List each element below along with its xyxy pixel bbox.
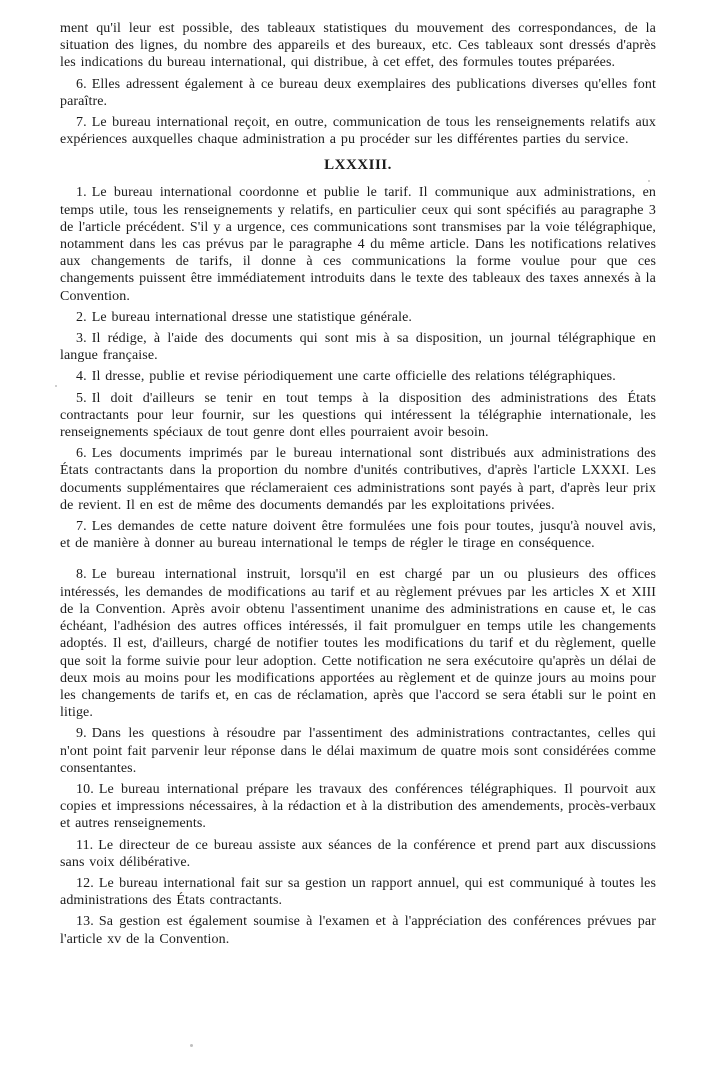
paragraph-text: Le bureau international reçoit, en outre… bbox=[60, 115, 656, 147]
article-3: 3.Il rédige, à l'aide des documents qui … bbox=[60, 330, 656, 364]
paragraph-text: Il doit d'ailleurs se tenir en tout temp… bbox=[60, 391, 656, 440]
paragraph-continuation: ment qu'il leur est possible, des tablea… bbox=[60, 20, 656, 72]
article-9: 9.Dans les questions à résoudre par l'as… bbox=[60, 725, 656, 777]
paragraph-text: Le directeur de ce bureau assiste aux sé… bbox=[60, 838, 656, 870]
article-2: 2.Le bureau international dresse une sta… bbox=[60, 309, 656, 326]
article-5: 5.Il doit d'ailleurs se tenir en tout te… bbox=[60, 390, 656, 442]
paragraph-number: 9. bbox=[76, 726, 87, 741]
paragraph-text: Sa gestion est également soumise à l'exa… bbox=[60, 914, 656, 946]
scan-speckle bbox=[55, 385, 57, 387]
paragraph-text: Il rédige, à l'aide des documents qui so… bbox=[60, 331, 656, 363]
paragraph-number: 6. bbox=[76, 446, 87, 461]
paragraph-text: Elles adressent également à ce bureau de… bbox=[60, 77, 656, 109]
paragraph-number: 12. bbox=[76, 876, 94, 891]
paragraph-text: Le bureau international instruit, lorsqu… bbox=[60, 567, 656, 720]
paragraph-number: 4. bbox=[76, 369, 87, 384]
paragraph-7-pre: 7.Le bureau international reçoit, en out… bbox=[60, 114, 656, 148]
paragraph-6-pre: 6.Elles adressent également à ce bureau … bbox=[60, 76, 656, 110]
paragraph-text: Le bureau international coordonne et pub… bbox=[60, 185, 656, 303]
scan-speckle bbox=[643, 118, 645, 120]
paragraph-text: Les demandes de cette nature doivent êtr… bbox=[60, 519, 656, 551]
scan-speckle bbox=[648, 180, 650, 182]
article-13: 13.Sa gestion est également soumise à l'… bbox=[60, 913, 656, 947]
paragraph-number: 7. bbox=[76, 519, 87, 534]
article-6: 6.Les documents imprimés par le bureau i… bbox=[60, 445, 656, 514]
paragraph-number: 11. bbox=[76, 838, 93, 853]
article-1: 1.Le bureau international coordonne et p… bbox=[60, 184, 656, 304]
paragraph-number: 10. bbox=[76, 782, 94, 797]
article-12: 12.Le bureau international fait sur sa g… bbox=[60, 875, 656, 909]
paragraph-text: Il dresse, publie et revise périodiqueme… bbox=[92, 369, 616, 384]
paragraph-text: Les documents imprimés par le bureau int… bbox=[60, 446, 656, 513]
paragraph-text: Dans les questions à résoudre par l'asse… bbox=[60, 726, 656, 775]
paragraph-text: Le bureau international prépare les trav… bbox=[60, 782, 656, 831]
paragraph-text: Le bureau international dresse une stati… bbox=[92, 310, 412, 325]
article-4: 4.Il dresse, publie et revise périodique… bbox=[60, 368, 656, 385]
paragraph-number: 13. bbox=[76, 914, 94, 929]
paragraph-number: 8. bbox=[76, 567, 87, 582]
paragraph-number: 6. bbox=[76, 77, 87, 92]
section-heading: LXXXIII. bbox=[60, 157, 656, 174]
article-10: 10.Le bureau international prépare les t… bbox=[60, 781, 656, 833]
article-11: 11.Le directeur de ce bureau assiste aux… bbox=[60, 837, 656, 871]
paragraph-number: 3. bbox=[76, 331, 87, 346]
paragraph-number: 7. bbox=[76, 115, 87, 130]
article-8: 8.Le bureau international instruit, lors… bbox=[60, 566, 656, 721]
scan-speckle bbox=[190, 1044, 193, 1047]
paragraph-number: 1. bbox=[76, 185, 87, 200]
paragraph-number: 5. bbox=[76, 391, 87, 406]
article-7: 7.Les demandes de cette nature doivent ê… bbox=[60, 518, 656, 552]
scanned-page: ment qu'il leur est possible, des tablea… bbox=[60, 20, 656, 952]
paragraph-number: 2. bbox=[76, 310, 87, 325]
paragraph-text: Le bureau international fait sur sa gest… bbox=[60, 876, 656, 908]
